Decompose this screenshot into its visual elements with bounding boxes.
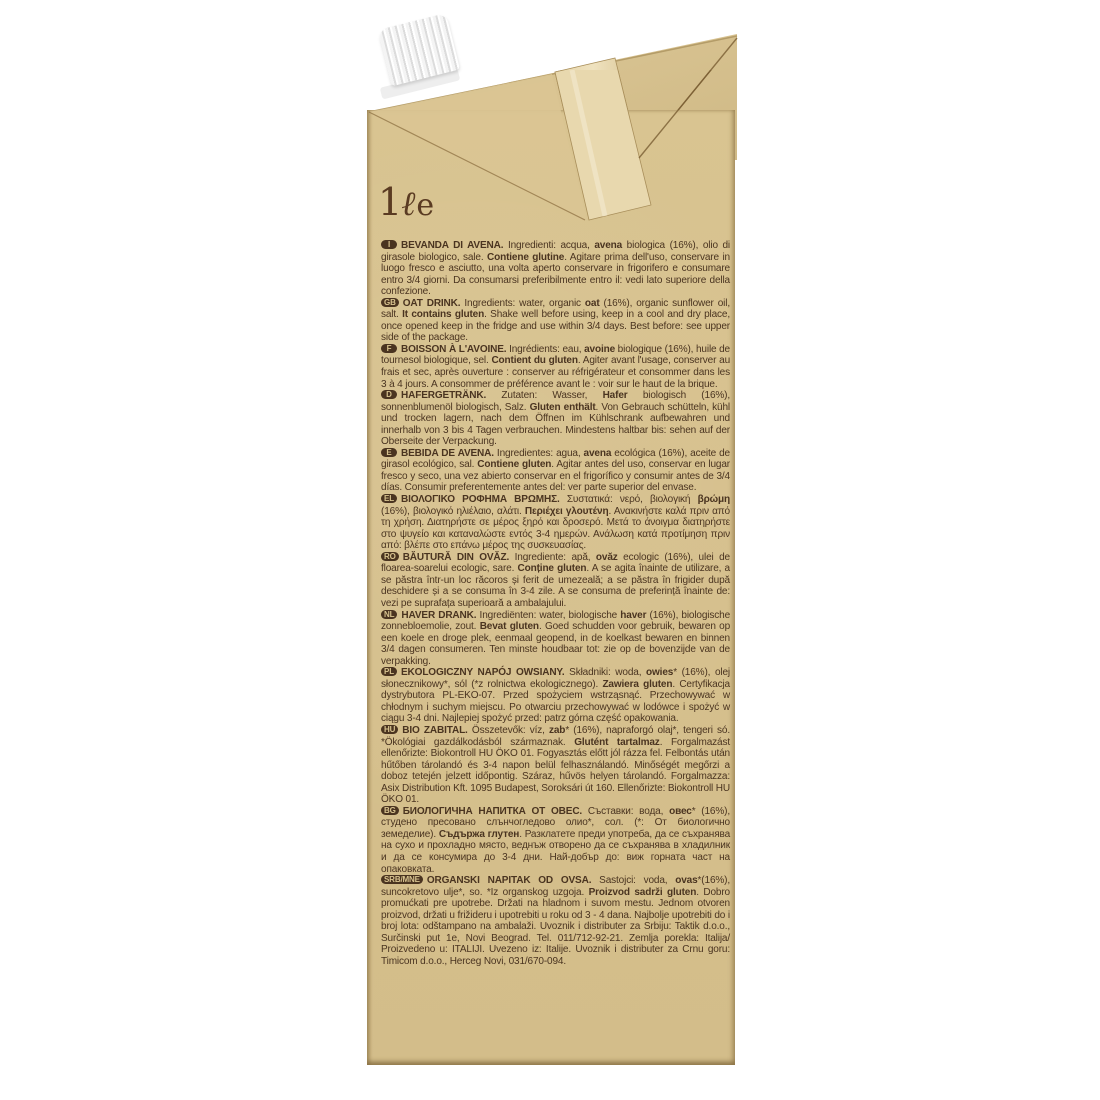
language-code-badge: SRB/MNE xyxy=(381,875,423,884)
bold-text: Glutént tartalmaz xyxy=(574,737,660,748)
language-section: SRB/MNEORGANSKI NAPITAK OD OVSA. Sastojc… xyxy=(381,875,730,967)
body-text: Ingrédients: eau, xyxy=(506,344,584,355)
body-text: Összetevők: víz, xyxy=(468,725,549,736)
bold-text: avena xyxy=(584,448,612,459)
bold-text: Zawiera gluten xyxy=(602,679,672,690)
bold-text: Contiene gluten xyxy=(477,459,551,470)
section-title: ΒΙΟΛΟΓΙΚΟ ΡΟΦΗΜΑ ΒΡΩΜΗΣ. xyxy=(401,494,560,505)
language-section: PLEKOLOGICZNY NAPÓJ OWSIANY. Składniki: … xyxy=(381,667,730,725)
language-section: HUBIO ZABITAL. Összetevők: víz, zab* (16… xyxy=(381,725,730,806)
body-text: Съставки: вода, xyxy=(582,806,669,817)
body-text: Ingredienti: acqua, xyxy=(503,240,594,251)
bold-text: овес xyxy=(669,806,692,817)
language-section: ELΒΙΟΛΟΓΙΚΟ ΡΟΦΗΜΑ ΒΡΩΜΗΣ. Συστατικά: νε… xyxy=(381,494,730,552)
language-code-badge: EL xyxy=(381,494,397,503)
body-text: . Dobro promućkati pre upotrebe. Držati … xyxy=(381,887,730,967)
bold-text: It contains gluten xyxy=(402,309,484,320)
bold-text: Gluten enthält xyxy=(530,402,596,413)
language-section: EBEBIDA DE AVENA. Ingredientes: agua, av… xyxy=(381,448,730,494)
body-text: Sastojci: voda, xyxy=(591,875,675,886)
language-code-badge: D xyxy=(381,390,397,399)
language-section: NLHAVER DRANK. Ingrediënten: water, biol… xyxy=(381,610,730,668)
bold-text: avena xyxy=(594,240,622,251)
section-title: BIO ZABITAL. xyxy=(402,725,467,736)
language-code-badge: HU xyxy=(381,725,398,734)
language-code-badge: RO xyxy=(381,552,399,561)
language-section: DHAFERGETRÄNK. Zutaten: Wasser, Hafer bi… xyxy=(381,390,730,448)
language-section: BGБИОЛОГИЧНА НАПИТКА ОТ ОВЕС. Съставки: … xyxy=(381,806,730,875)
bold-text: Περιέχει γλουτένη xyxy=(525,506,609,517)
body-text: Ingrediënten: water, biologische xyxy=(476,610,620,621)
bold-text: ovas xyxy=(675,875,697,886)
bold-text: Conține gluten xyxy=(518,563,587,574)
body-text: Ingrediente: apă, xyxy=(509,552,596,563)
language-code-badge: GB xyxy=(381,298,399,307)
section-title: OAT DRINK. xyxy=(403,298,461,309)
bold-text: ovăz xyxy=(596,552,618,563)
bold-text: haver xyxy=(620,610,646,621)
volume-unit: ℓ xyxy=(401,184,414,224)
language-code-badge: NL xyxy=(381,610,397,619)
section-title: BĂUTURĂ DIN OVĂZ. xyxy=(403,552,509,563)
bold-text: avoine xyxy=(584,344,615,355)
section-title: HAFERGETRÄNK. xyxy=(401,390,486,401)
section-title: BEVANDA DI AVENA. xyxy=(401,240,503,251)
body-text: Zutaten: Wasser, xyxy=(486,390,602,401)
language-code-badge: I xyxy=(381,240,397,249)
section-title: BEBIDA DE AVENA. xyxy=(401,448,494,459)
body-text: Συστατικά: νερό, βιολογική xyxy=(560,494,698,505)
bold-text: Proizvod sadrži gluten xyxy=(589,887,697,898)
body-text: Składniki: woda, xyxy=(565,667,647,678)
body-text: (16%), βιολογικό ηλιέλαιο, αλάτι. xyxy=(381,506,525,517)
language-code-badge: BG xyxy=(381,806,399,815)
language-section: IBEVANDA DI AVENA. Ingredienti: acqua, a… xyxy=(381,240,730,298)
volume-label: 1ℓe xyxy=(378,180,433,224)
section-title: BOISSON À L'AVOINE. xyxy=(401,344,506,355)
body-text: Ingredients: water, organic xyxy=(460,298,584,309)
bold-text: Contiene glutine xyxy=(487,252,564,263)
bold-text: Hafer xyxy=(603,390,628,401)
ingredients-text-block: IBEVANDA DI AVENA. Ingredienti: acqua, a… xyxy=(381,240,730,967)
language-section: ROBĂUTURĂ DIN OVĂZ. Ingrediente: apă, ov… xyxy=(381,552,730,610)
language-section: FBOISSON À L'AVOINE. Ingrédients: eau, a… xyxy=(381,344,730,390)
volume-number: 1 xyxy=(378,180,401,224)
language-section: GBOAT DRINK. Ingredients: water, organic… xyxy=(381,298,730,344)
body-text: Ingredientes: agua, xyxy=(494,448,584,459)
bold-text: βρώμη xyxy=(698,494,730,505)
bold-text: owies xyxy=(646,667,673,678)
bold-text: Съдържа глутен xyxy=(439,829,519,840)
section-title: ORGANSKI NAPITAK OD OVSA. xyxy=(427,875,592,886)
language-code-badge: F xyxy=(381,344,397,353)
section-title: EKOLOGICZNY NAPÓJ OWSIANY. xyxy=(401,667,565,678)
language-code-badge: PL xyxy=(381,667,397,676)
section-title: HAVER DRANK. xyxy=(401,610,476,621)
bold-text: zab xyxy=(549,725,565,736)
bold-text: Bevat gluten xyxy=(480,621,539,632)
estimated-mark: e xyxy=(416,188,433,223)
bold-text: Contient du gluten xyxy=(491,355,577,366)
language-code-badge: E xyxy=(381,448,397,457)
section-title: БИОЛОГИЧНА НАПИТКА ОТ ОВЕС. xyxy=(403,806,582,817)
bold-text: oat xyxy=(585,298,600,309)
